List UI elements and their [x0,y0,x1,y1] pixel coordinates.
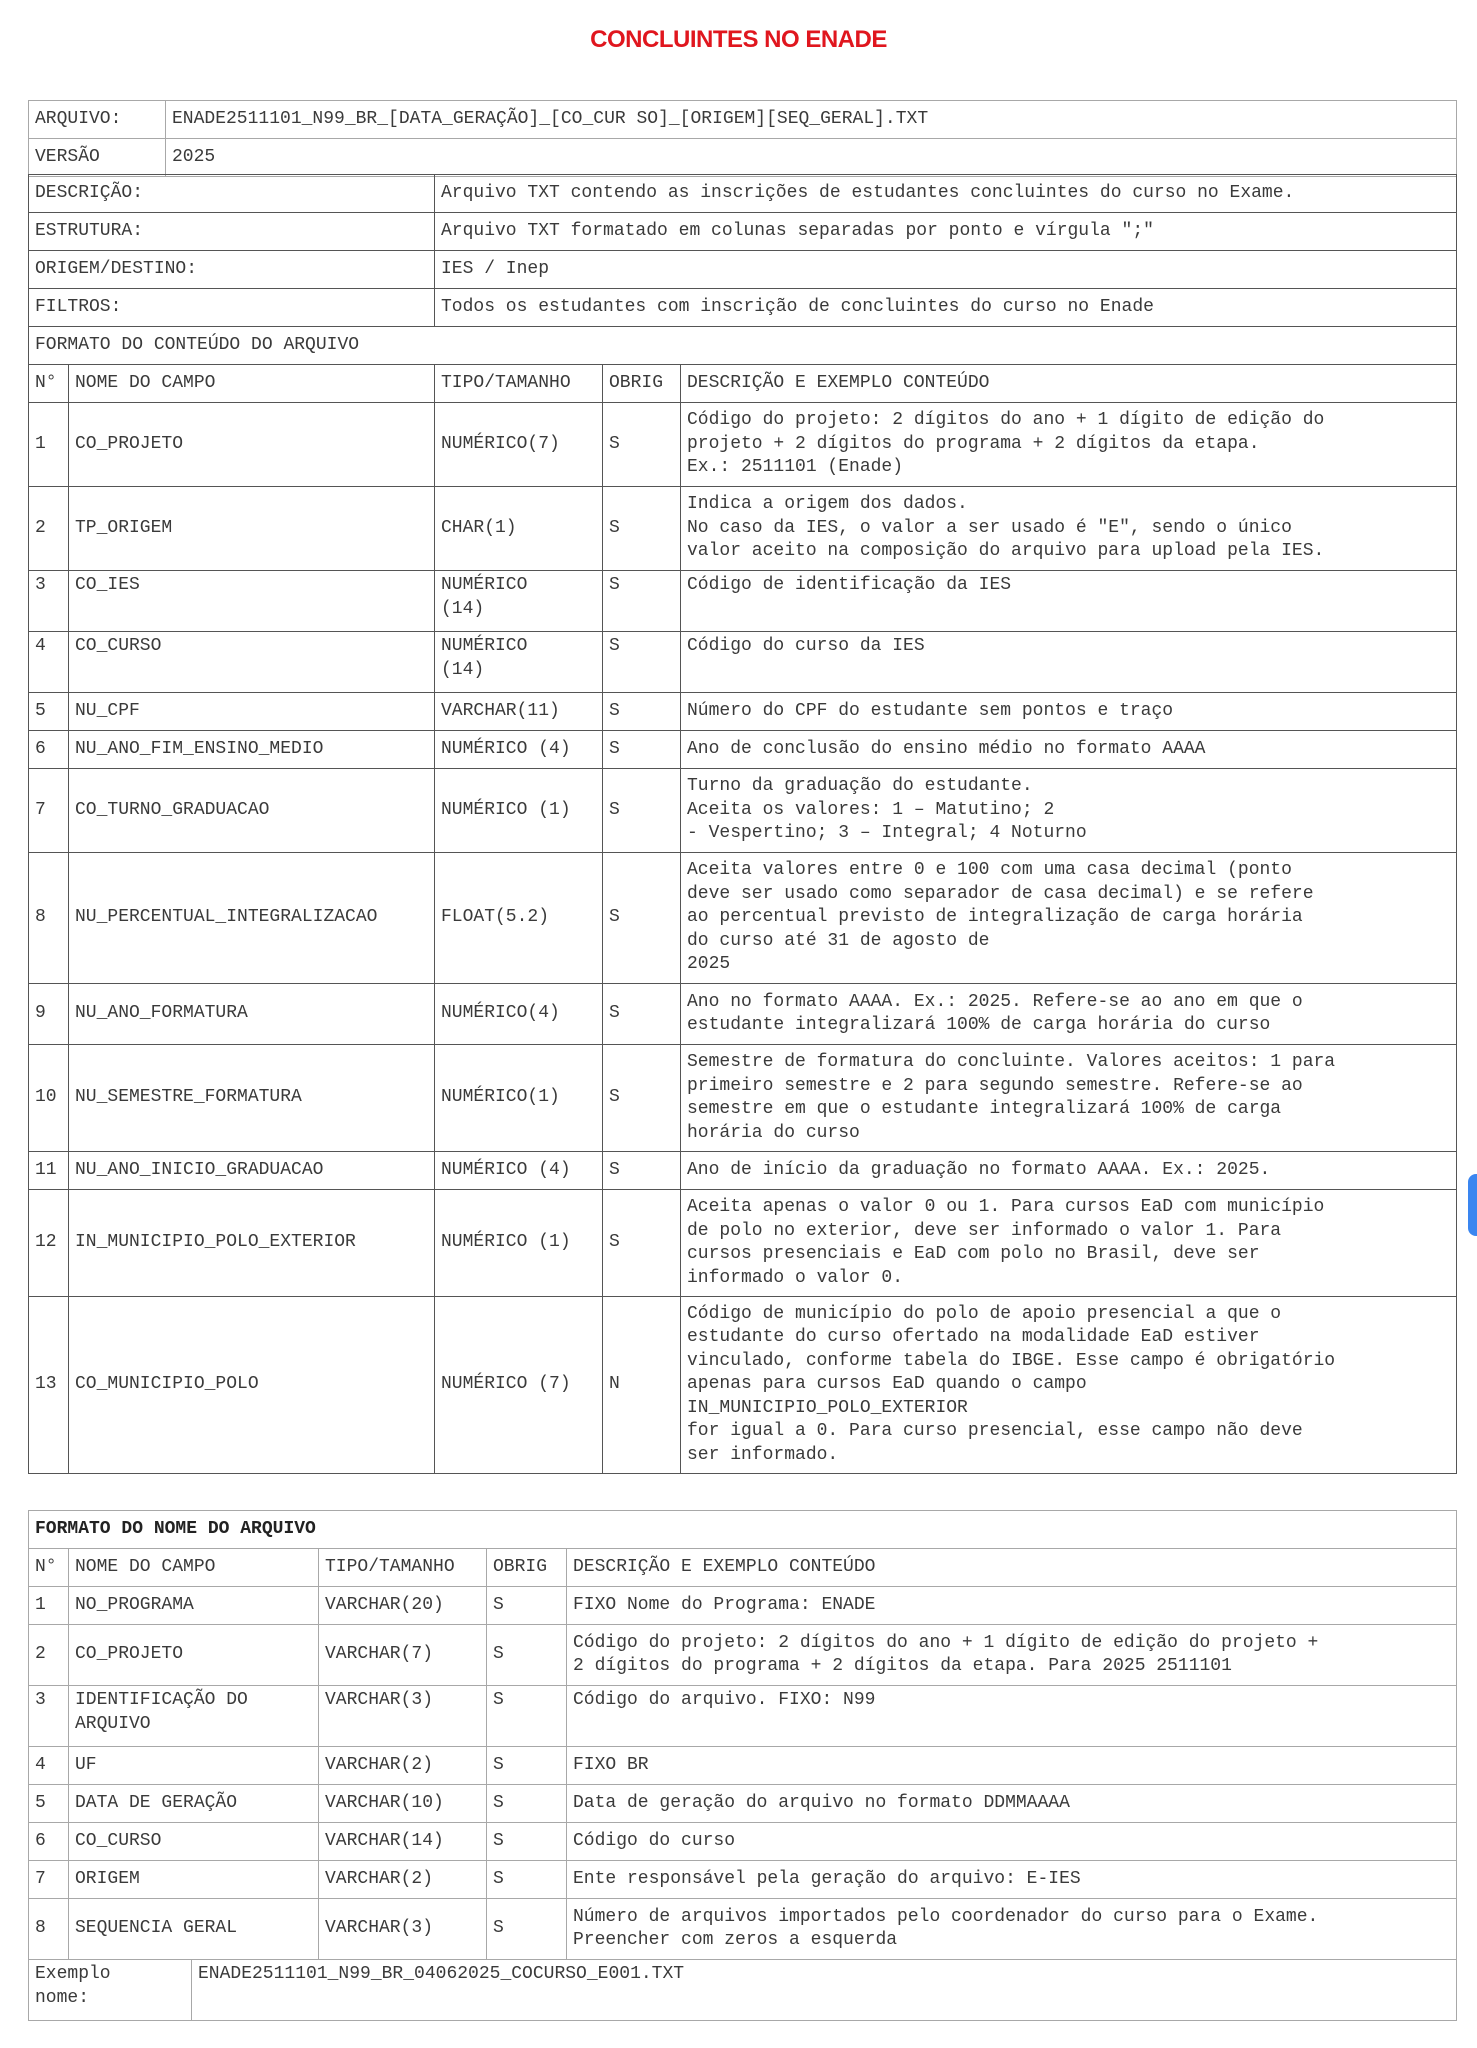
field-number: 1 [29,403,69,487]
info-value: IES / Inep [435,251,1457,289]
field-type: NUMÉRICO (14) [435,632,603,693]
file-header-table: ARQUIVO: ENADE2511101_N99_BR_[DATA_GERAÇ… [28,100,1457,177]
table-row: 5DATA DE GERAÇÃOVARCHAR(10)SData de gera… [29,1785,1457,1823]
field-required: S [603,1152,681,1190]
table-row: 8NU_PERCENTUAL_INTEGRALIZACAOFLOAT(5.2)S… [29,853,1457,984]
table-row: 3IDENTIFICAÇÃO DO ARQUIVOVARCHAR(3)SCódi… [29,1686,1457,1747]
content-columns-row: N° NOME DO CAMPO TIPO/TAMANHO OBRIG DESC… [29,365,1457,403]
field-type: VARCHAR(20) [319,1587,487,1625]
field-required: S [487,1686,567,1747]
field-required: S [603,731,681,769]
info-value: Arquivo TXT formatado em colunas separad… [435,213,1457,251]
page-title: CONCLUINTES NO ENADE [0,26,1477,54]
name-columns-row: N° NOME DO CAMPO TIPO/TAMANHO OBRIG DESC… [29,1549,1457,1587]
field-name: IN_MUNICIPIO_POLO_EXTERIOR [69,1190,435,1297]
content-section-title-row: FORMATO DO CONTEÚDO DO ARQUIVO [29,327,1457,365]
col-header-n: N° [29,365,69,403]
field-number: 9 [29,984,69,1045]
field-description: Número do CPF do estudante sem pontos e … [681,693,1457,731]
field-number: 7 [29,769,69,853]
table-row: 3CO_IESNUMÉRICO (14)SCódigo de identific… [29,571,1457,632]
field-type: NUMÉRICO (14) [435,571,603,632]
table-row: 7ORIGEMVARCHAR(2)SEnte responsável pela … [29,1861,1457,1899]
field-type: VARCHAR(3) [319,1899,487,1960]
field-name: NU_ANO_INICIO_GRADUACAO [69,1152,435,1190]
field-name: NU_ANO_FIM_ENSINO_MEDIO [69,731,435,769]
table-row: 11NU_ANO_INICIO_GRADUACAONUMÉRICO (4)SAn… [29,1152,1457,1190]
field-number: 13 [29,1297,69,1474]
field-type: CHAR(1) [435,487,603,571]
field-required: S [603,1045,681,1152]
field-description: Aceita valores entre 0 e 100 com uma cas… [681,853,1457,984]
field-description: Código do arquivo. FIXO: N99 [567,1686,1457,1747]
field-required: S [603,487,681,571]
info-value: Todos os estudantes com inscrição de con… [435,289,1457,327]
field-type: NUMÉRICO(7) [435,403,603,487]
field-type: NUMÉRICO (4) [435,731,603,769]
field-required: S [603,693,681,731]
field-type: VARCHAR(11) [435,693,603,731]
field-name: IDENTIFICAÇÃO DO ARQUIVO [69,1686,319,1747]
field-description: FIXO Nome do Programa: ENADE [567,1587,1457,1625]
field-required: S [487,1823,567,1861]
field-required: S [487,1625,567,1686]
field-required: S [603,853,681,984]
side-tab-handle[interactable] [1468,1174,1477,1236]
field-required: S [603,1190,681,1297]
field-type: VARCHAR(10) [319,1785,487,1823]
table-row: 4UFVARCHAR(2)SFIXO BR [29,1747,1457,1785]
field-name: TP_ORIGEM [69,487,435,571]
versao-row: VERSÃO 2025 [29,139,1457,177]
table-row: 1CO_PROJETONUMÉRICO(7)SCódigo do projeto… [29,403,1457,487]
field-description: Ano de conclusão do ensino médio no form… [681,731,1457,769]
field-name: UF [69,1747,319,1785]
field-type: NUMÉRICO (1) [435,1190,603,1297]
field-description: Turno da graduação do estudante. Aceita … [681,769,1457,853]
field-name: CO_CURSO [69,1823,319,1861]
field-name: NU_PERCENTUAL_INTEGRALIZACAO [69,853,435,984]
field-number: 1 [29,1587,69,1625]
field-number: 12 [29,1190,69,1297]
table-row: 6NU_ANO_FIM_ENSINO_MEDIONUMÉRICO (4)SAno… [29,731,1457,769]
field-type: VARCHAR(7) [319,1625,487,1686]
field-type: VARCHAR(2) [319,1747,487,1785]
content-format-table: DESCRIÇÃO:Arquivo TXT contendo as inscri… [28,174,1457,1474]
example-name-label: Exemplo nome: [29,1960,192,2020]
name-section-title: FORMATO DO NOME DO ARQUIVO [29,1511,1457,1549]
field-name: ORIGEM [69,1861,319,1899]
col-header-type: TIPO/TAMANHO [319,1549,487,1587]
field-type: NUMÉRICO (7) [435,1297,603,1474]
field-number: 6 [29,1823,69,1861]
table-row: 1NO_PROGRAMAVARCHAR(20)SFIXO Nome do Pro… [29,1587,1457,1625]
col-header-req: OBRIG [603,365,681,403]
field-required: S [487,1899,567,1960]
field-description: Indica a origem dos dados. No caso da IE… [681,487,1457,571]
field-description: Código do projeto: 2 dígitos do ano + 1 … [681,403,1457,487]
field-description: Ano de início da graduação no formato AA… [681,1152,1457,1190]
info-row: ORIGEM/DESTINO:IES / Inep [29,251,1457,289]
versao-value: 2025 [166,139,1457,177]
table-row: 13CO_MUNICIPIO_POLONUMÉRICO (7)NCódigo d… [29,1297,1457,1474]
field-type: FLOAT(5.2) [435,853,603,984]
col-header-desc: DESCRIÇÃO E EXEMPLO CONTEÚDO [681,365,1457,403]
field-description: Semestre de formatura do concluinte. Val… [681,1045,1457,1152]
field-number: 3 [29,571,69,632]
table-row: 8SEQUENCIA GERALVARCHAR(3)SNúmero de arq… [29,1899,1457,1960]
field-name: NU_SEMESTRE_FORMATURA [69,1045,435,1152]
field-type: NUMÉRICO (4) [435,1152,603,1190]
field-number: 4 [29,632,69,693]
field-required: S [487,1587,567,1625]
field-required: S [603,769,681,853]
content-section-title: FORMATO DO CONTEÚDO DO ARQUIVO [29,327,1457,365]
field-name: NO_PROGRAMA [69,1587,319,1625]
field-name: CO_CURSO [69,632,435,693]
field-name: NU_CPF [69,693,435,731]
field-name: CO_MUNICIPIO_POLO [69,1297,435,1474]
info-row: FILTROS:Todos os estudantes com inscriçã… [29,289,1457,327]
field-number: 8 [29,853,69,984]
col-header-desc: DESCRIÇÃO E EXEMPLO CONTEÚDO [567,1549,1457,1587]
table-row: 2CO_PROJETOVARCHAR(7)SCódigo do projeto:… [29,1625,1457,1686]
info-row: DESCRIÇÃO:Arquivo TXT contendo as inscri… [29,175,1457,213]
field-description: Código do curso da IES [681,632,1457,693]
field-required: S [603,984,681,1045]
info-row: ESTRUTURA:Arquivo TXT formatado em colun… [29,213,1457,251]
table-row: 7CO_TURNO_GRADUACAONUMÉRICO (1)STurno da… [29,769,1457,853]
table-row: 9NU_ANO_FORMATURANUMÉRICO(4)SAno no form… [29,984,1457,1045]
name-section-title-row: FORMATO DO NOME DO ARQUIVO [29,1511,1457,1549]
field-required: S [603,632,681,693]
field-number: 11 [29,1152,69,1190]
field-description: Aceita apenas o valor 0 ou 1. Para curso… [681,1190,1457,1297]
info-label: FILTROS: [29,289,435,327]
table-row: 10NU_SEMESTRE_FORMATURANUMÉRICO(1)SSemes… [29,1045,1457,1152]
field-type: NUMÉRICO (1) [435,769,603,853]
field-required: S [487,1861,567,1899]
arquivo-label: ARQUIVO: [29,101,166,139]
info-label: DESCRIÇÃO: [29,175,435,213]
field-description: Código do curso [567,1823,1457,1861]
field-name: CO_TURNO_GRADUACAO [69,769,435,853]
name-format-table: FORMATO DO NOME DO ARQUIVO N° NOME DO CA… [28,1510,1457,2021]
table-row: 2TP_ORIGEMCHAR(1)SIndica a origem dos da… [29,487,1457,571]
arquivo-value: ENADE2511101_N99_BR_[DATA_GERAÇÃO]_[CO_C… [166,101,1457,139]
field-required: S [487,1785,567,1823]
field-name: SEQUENCIA GERAL [69,1899,319,1960]
field-number: 5 [29,693,69,731]
versao-label: VERSÃO [29,139,166,177]
field-number: 5 [29,1785,69,1823]
col-header-req: OBRIG [487,1549,567,1587]
field-number: 10 [29,1045,69,1152]
table-row: 4CO_CURSONUMÉRICO (14)SCódigo do curso d… [29,632,1457,693]
field-description: Código do projeto: 2 dígitos do ano + 1 … [567,1625,1457,1686]
table-row: 12IN_MUNICIPIO_POLO_EXTERIORNUMÉRICO (1)… [29,1190,1457,1297]
info-value: Arquivo TXT contendo as inscrições de es… [435,175,1457,213]
field-required: N [603,1297,681,1474]
example-name-value: ENADE2511101_N99_BR_04062025_COCURSO_E00… [192,1960,1456,2020]
table-row: 6CO_CURSOVARCHAR(14)SCódigo do curso [29,1823,1457,1861]
col-header-type: TIPO/TAMANHO [435,365,603,403]
field-required: S [603,403,681,487]
field-number: 7 [29,1861,69,1899]
field-required: S [603,571,681,632]
field-type: VARCHAR(2) [319,1861,487,1899]
field-type: NUMÉRICO(4) [435,984,603,1045]
field-name: CO_IES [69,571,435,632]
field-type: NUMÉRICO(1) [435,1045,603,1152]
col-header-n: N° [29,1549,69,1587]
example-name-cell: Exemplo nome:ENADE2511101_N99_BR_0406202… [29,1960,1457,2021]
field-name: CO_PROJETO [69,403,435,487]
col-header-name: NOME DO CAMPO [69,365,435,403]
field-number: 6 [29,731,69,769]
field-description: Número de arquivos importados pelo coord… [567,1899,1457,1960]
example-name-row: Exemplo nome:ENADE2511101_N99_BR_0406202… [29,1960,1457,2021]
field-number: 2 [29,487,69,571]
field-name: NU_ANO_FORMATURA [69,984,435,1045]
col-header-name: NOME DO CAMPO [69,1549,319,1587]
arquivo-row: ARQUIVO: ENADE2511101_N99_BR_[DATA_GERAÇ… [29,101,1457,139]
field-description: Ano no formato AAAA. Ex.: 2025. Refere-s… [681,984,1457,1045]
field-description: Código de município do polo de apoio pre… [681,1297,1457,1474]
field-description: Data de geração do arquivo no formato DD… [567,1785,1457,1823]
field-name: DATA DE GERAÇÃO [69,1785,319,1823]
field-number: 4 [29,1747,69,1785]
table-row: 5NU_CPFVARCHAR(11)SNúmero do CPF do estu… [29,693,1457,731]
info-label: ESTRUTURA: [29,213,435,251]
field-name: CO_PROJETO [69,1625,319,1686]
field-description: FIXO BR [567,1747,1457,1785]
field-description: Ente responsável pela geração do arquivo… [567,1861,1457,1899]
field-number: 3 [29,1686,69,1747]
field-number: 8 [29,1899,69,1960]
field-description: Código de identificação da IES [681,571,1457,632]
field-type: VARCHAR(14) [319,1823,487,1861]
info-label: ORIGEM/DESTINO: [29,251,435,289]
field-type: VARCHAR(3) [319,1686,487,1747]
field-number: 2 [29,1625,69,1686]
field-required: S [487,1747,567,1785]
